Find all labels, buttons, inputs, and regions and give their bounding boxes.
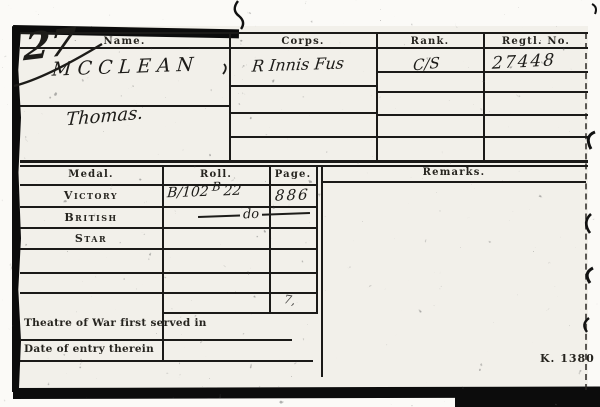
card-right-edge [585, 33, 587, 390]
medal-index-card-scan: Name. Corps. Rank. Regtl. No. Medal. Rol… [0, 0, 600, 407]
grid-line [316, 165, 318, 313]
grid-line [20, 248, 318, 250]
right-edge-ink-hook [587, 268, 593, 283]
grid-line [20, 360, 313, 362]
grid-line [483, 33, 485, 161]
grid-line [376, 33, 378, 161]
grid-line [162, 165, 164, 361]
form-number: K. 1380 [540, 352, 595, 365]
top-edge-ink-squiggle [235, 1, 243, 29]
grid-line [20, 47, 588, 49]
right-edge-ink-hook [588, 132, 595, 149]
grid-line [163, 312, 318, 314]
grid-line [20, 292, 318, 294]
grid-line [20, 272, 318, 274]
medal-column-header: Medal. [20, 169, 162, 180]
grid-line [20, 227, 318, 229]
medal-row-victory: Victory [20, 189, 162, 202]
roll-letter: B [212, 179, 222, 193]
corps-column-header: Corps. [230, 36, 376, 47]
ditto-stroke [198, 214, 240, 217]
theatre-of-war-label: Theatre of War first served in [24, 317, 207, 329]
grid-line [321, 167, 323, 377]
section-divider [20, 160, 588, 163]
card-background [13, 26, 588, 390]
ditto-stroke [262, 212, 310, 216]
grid-line [269, 165, 271, 313]
grid-line [229, 33, 231, 161]
victory-roll-value-handwritten: B/102 B 22 [166, 183, 241, 202]
regtl-no-value-handwritten: 27448 [492, 50, 557, 73]
grid-line [20, 339, 292, 341]
grid-line [20, 32, 588, 34]
grid-line [322, 181, 586, 183]
stray-pen-mark: 7, [283, 292, 297, 308]
roll-column-header: Roll. [163, 169, 269, 180]
scan-edge-bottom-right [455, 388, 600, 407]
corps-value-handwritten: R Innis Fus [251, 53, 345, 75]
grid-line [230, 136, 588, 138]
roll-suffix: 22 [223, 183, 242, 200]
grid-line [230, 85, 376, 87]
ditto-text: do [243, 212, 259, 219]
top-right-ink-mark [592, 4, 596, 14]
medal-row-star: Star [20, 232, 162, 245]
page-column-header: Page. [270, 169, 316, 180]
grid-line [230, 112, 376, 114]
rank-column-header: Rank. [377, 36, 483, 47]
grid-line [20, 206, 318, 208]
medal-row-british: British [20, 211, 162, 224]
remarks-column-header: Remarks. [322, 167, 586, 178]
rank-value-handwritten: C/S [413, 54, 440, 75]
victory-page-value-handwritten: 886 [274, 185, 310, 204]
regtl-no-column-header: Regtl. No. [484, 36, 588, 47]
date-of-entry-label: Date of entry therein [24, 343, 154, 355]
roll-prefix: B/102 [166, 184, 209, 202]
